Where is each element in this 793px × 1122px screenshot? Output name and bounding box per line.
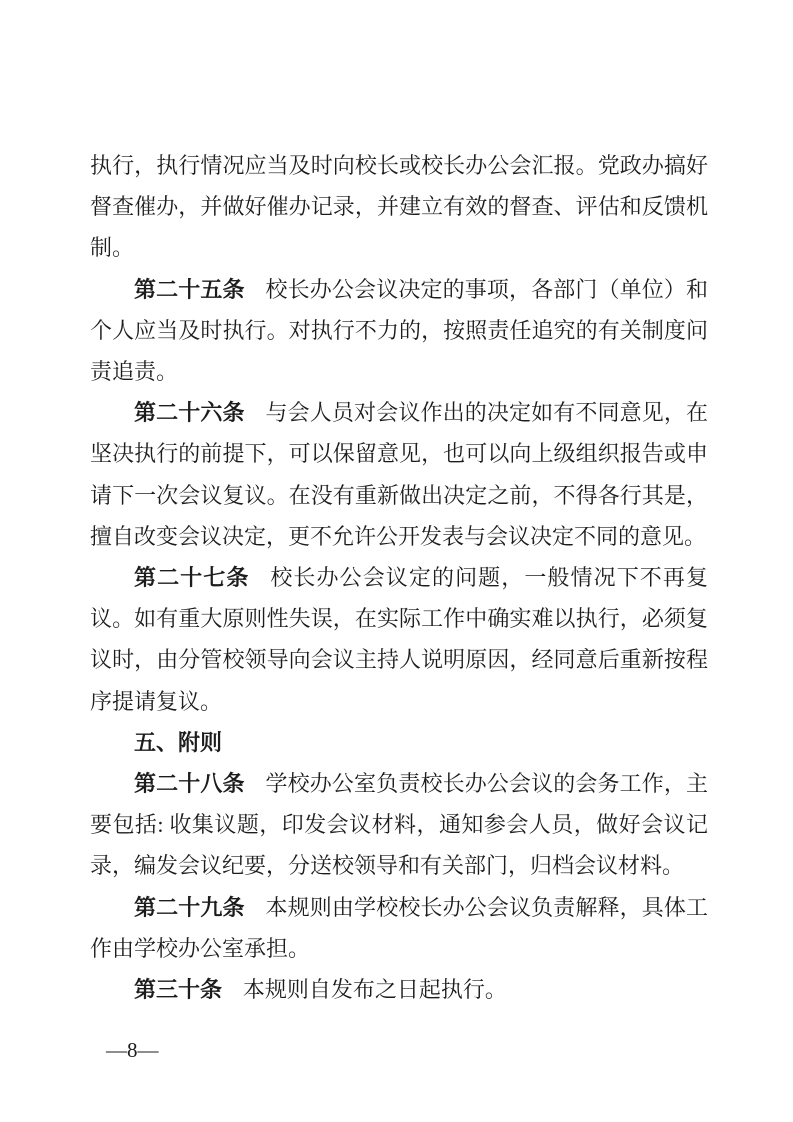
article-paragraph: 第三十条本规则自发布之日起执行。 xyxy=(90,969,708,1010)
article-number: 第二十八条 xyxy=(134,771,245,796)
continuation-paragraph: 执行，执行情况应当及时向校长或校长办公会汇报。党政办搞好督查催办，并做好催办记录… xyxy=(90,145,708,269)
article-paragraph: 第二十九条本规则由学校校长办公会议负责解释，具体工作由学校办公室承担。 xyxy=(90,887,708,969)
article-number: 第二十五条 xyxy=(134,277,245,302)
article-number: 第三十条 xyxy=(134,977,222,1002)
document-body: 执行，执行情况应当及时向校长或校长办公会汇报。党政办搞好督查催办，并做好催办记录… xyxy=(90,145,708,1010)
article-paragraph: 第二十七条校长办公会议定的问题，一般情况下不再复议。如有重大原则性失误，在实际工… xyxy=(90,557,708,722)
article-number: 第二十六条 xyxy=(134,400,245,425)
article-text: 本规则自发布之日起执行。 xyxy=(243,977,507,1002)
section-heading: 五、附则 xyxy=(90,722,708,763)
article-paragraph: 第二十五条校长办公会议决定的事项，各部门（单位）和个人应当及时执行。对执行不力的… xyxy=(90,269,708,393)
article-paragraph: 第二十八条学校办公室负责校长办公会议的会务工作，主要包括: 收集议题，印发会议材… xyxy=(90,763,708,887)
document-page: 执行，执行情况应当及时向校长或校长办公会汇报。党政办搞好督查催办，并做好催办记录… xyxy=(0,0,793,1122)
article-paragraph: 第二十六条与会人员对会议作出的决定如有不同意见，在坚决执行的前提下，可以保留意见… xyxy=(90,392,708,557)
page-number: —8— xyxy=(106,1038,159,1062)
article-number: 第二十七条 xyxy=(134,565,249,590)
article-number: 第二十九条 xyxy=(134,895,245,920)
